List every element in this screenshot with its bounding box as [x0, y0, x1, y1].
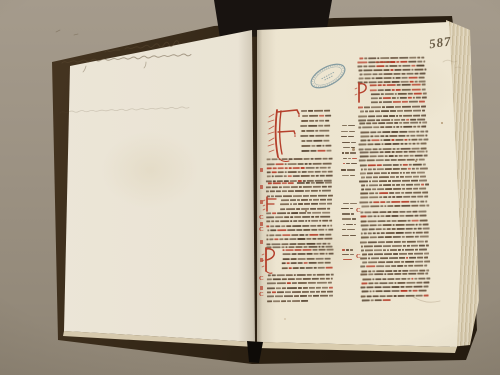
faint-pen-marks [395, 50, 495, 320]
margin-mark [260, 240, 263, 244]
margin-mark [260, 185, 263, 189]
paragraph-initial: C [259, 215, 264, 222]
text-line [342, 254, 354, 255]
initial-F-small-icon [262, 196, 278, 213]
margin-mark [260, 222, 263, 226]
text-line [342, 142, 356, 143]
parchment-spot [441, 122, 443, 124]
library-stamp [306, 60, 350, 92]
text-line [342, 235, 356, 236]
text-line [342, 229, 356, 230]
text-line [342, 125, 356, 126]
text-line [343, 203, 357, 204]
paragraph-initial: C [259, 227, 264, 234]
text-line [342, 249, 354, 250]
initial-P-colB-icon [354, 82, 370, 105]
paragraph-initial: C [259, 276, 264, 283]
parchment-spot [305, 210, 307, 212]
margin-mark [260, 168, 263, 172]
text-line [341, 136, 355, 137]
text-line [343, 224, 357, 225]
text-line [343, 158, 357, 159]
text-line [341, 131, 355, 132]
paragraph-initial: C [356, 208, 361, 215]
text-line [343, 163, 357, 164]
text-line [342, 175, 356, 176]
paragraph-initial: C [259, 292, 264, 299]
text-line [342, 152, 356, 153]
text-line [341, 208, 355, 209]
text-line [343, 259, 355, 260]
paragraph-initial: C [356, 254, 361, 261]
parchment-spot [415, 160, 417, 162]
initial-P-large-icon [261, 246, 279, 275]
margin-mark [260, 286, 263, 290]
text-line [342, 218, 356, 219]
parchment-spot [284, 318, 286, 320]
photo-open-manuscript: CCCCCC [0, 0, 500, 375]
parchment-spot [352, 148, 355, 151]
text-line [341, 169, 355, 170]
text-line [342, 213, 356, 214]
initial-F-large-icon [266, 106, 302, 162]
